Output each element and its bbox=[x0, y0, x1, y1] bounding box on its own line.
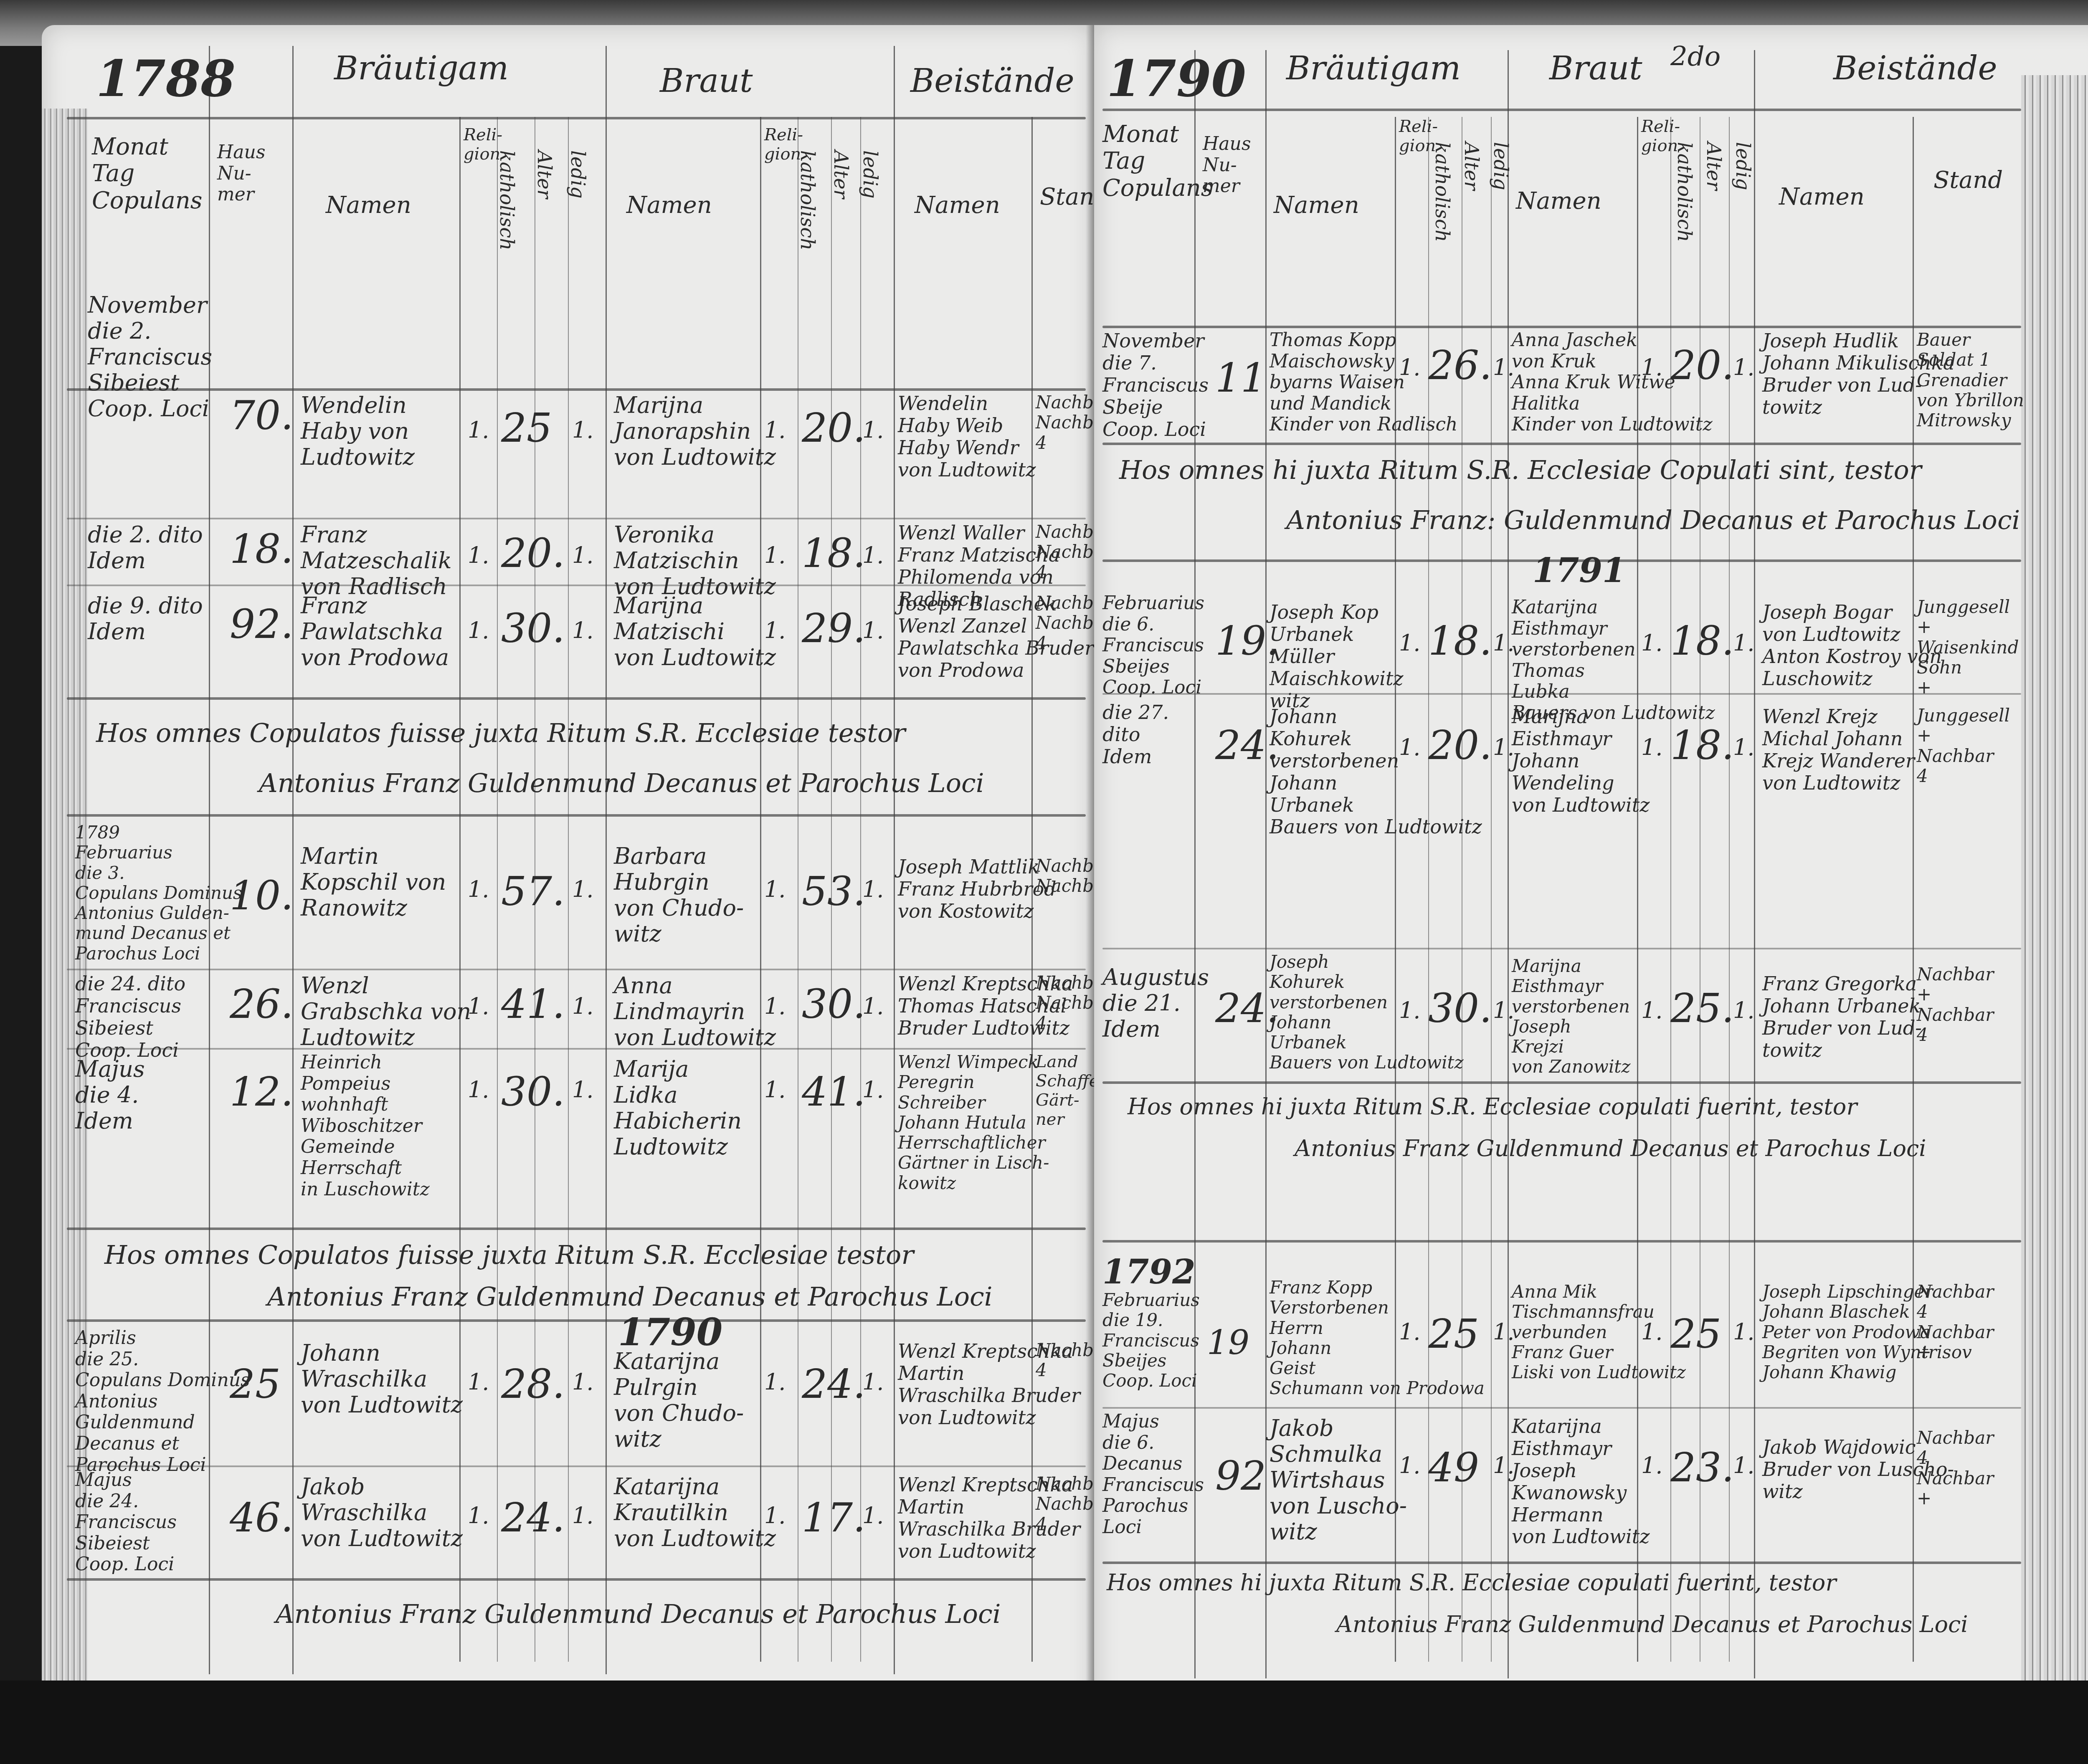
groom-name: Johann Wraschilka von Ludtowitz bbox=[301, 1340, 463, 1418]
bride-single: 1. bbox=[862, 994, 884, 1020]
column-rule bbox=[292, 46, 294, 1674]
entry-date: Majus die 4. Idem bbox=[75, 1056, 145, 1134]
groom-header: Bräutigam bbox=[334, 50, 509, 88]
bride-single: 1. bbox=[1733, 355, 1755, 381]
groom-single: 1. bbox=[572, 994, 594, 1020]
groom-age: 49 bbox=[1428, 1445, 1479, 1491]
bride-age: 30. bbox=[802, 981, 866, 1027]
groom-single: 1. bbox=[572, 618, 594, 644]
bride-age: 18. bbox=[802, 530, 866, 576]
column-rule bbox=[1754, 50, 1755, 1678]
entry-rule bbox=[67, 518, 1086, 519]
groom-age: 18. bbox=[1428, 618, 1492, 664]
entry-rule bbox=[67, 1319, 1086, 1322]
witness-names: Franz Gregorka Johann Urbanek Bruder von… bbox=[1762, 973, 1922, 1061]
date-priest-header: Monat Tag Copulans bbox=[1102, 121, 1213, 202]
priest-signature: Antonius Franz Guldenmund Decanus et Par… bbox=[276, 1599, 1001, 1629]
closing-attestation: Hos omnes Copulatos fuisse juxta Ritum S… bbox=[104, 1240, 914, 1270]
priest-signature: Antonius Franz: Guldenmund Decanus et Pa… bbox=[1286, 505, 2020, 535]
entry-date: die 24. dito Franciscus Sibeiest Coop. L… bbox=[75, 973, 185, 1061]
entry-date: Augustus die 21. Idem bbox=[1102, 964, 1209, 1042]
year-label: 1791 bbox=[1533, 551, 1626, 590]
bride-catholic: 1. bbox=[764, 1077, 786, 1103]
priest-signature: Antonius Franz Guldenmund Decanus et Par… bbox=[267, 1282, 993, 1311]
bride-single: 1. bbox=[862, 877, 884, 903]
groom-catholic: 1. bbox=[468, 1503, 489, 1529]
house-number-header: Haus Nu- mer bbox=[217, 142, 266, 205]
year-label: 1788 bbox=[96, 50, 236, 108]
bride-catholic: 1. bbox=[1641, 735, 1663, 761]
groom-single: 1. bbox=[572, 1503, 594, 1529]
entry-date: Majus die 24. Franciscus Sibeiest Coop. … bbox=[75, 1470, 177, 1575]
bride-name-header: Namen bbox=[1516, 188, 1601, 215]
witness-names: Wenzl Wimpeck Peregrin Schreiber Johann … bbox=[898, 1052, 1049, 1193]
entry-rule bbox=[67, 388, 1086, 391]
column-rule bbox=[760, 117, 761, 1662]
house-number: 19 bbox=[1207, 1324, 1249, 1362]
bride-catholic: 1. bbox=[764, 1369, 786, 1395]
groom-catholic: 1. bbox=[1399, 355, 1421, 381]
entry-date: November die 2. Franciscus Sibeiest Coop… bbox=[88, 292, 212, 422]
groom-age: 57. bbox=[501, 868, 565, 914]
bride-age: 23. bbox=[1670, 1445, 1734, 1491]
bride-name: Marijna Eisthmayr Johann Wendeling von L… bbox=[1512, 706, 1650, 816]
groom-age-header: Alter bbox=[533, 150, 555, 199]
bride-catholic: 1. bbox=[764, 877, 786, 903]
column-rule bbox=[894, 46, 895, 1674]
groom-catholic: 1. bbox=[468, 1077, 489, 1103]
bride-single: 1. bbox=[862, 1077, 884, 1103]
entry-date: Februarius die 19. Franciscus Sbeijes Co… bbox=[1102, 1290, 1200, 1391]
page-edges-right bbox=[2021, 75, 2088, 1737]
groom-catholic: 1. bbox=[468, 618, 489, 644]
groom-age: 30. bbox=[1428, 985, 1492, 1031]
groom-single: 1. bbox=[1493, 1319, 1515, 1345]
entry-date: Majus die 6. Decanus Franciscus Parochus… bbox=[1102, 1411, 1204, 1538]
groom-catholic: 1. bbox=[468, 994, 489, 1020]
column-rule bbox=[606, 46, 607, 1674]
entry-rule bbox=[67, 969, 1086, 970]
groom-catholic: 1. bbox=[1399, 1319, 1421, 1345]
entry-rule bbox=[1102, 326, 2021, 328]
bride-catholic: 1. bbox=[1641, 355, 1663, 381]
bride-age-header: Alter bbox=[830, 150, 852, 199]
bride-age-header: Alter bbox=[1703, 142, 1725, 190]
bride-name: Katarijna Krautilkin von Ludtowitz bbox=[614, 1474, 776, 1551]
groom-single: 1. bbox=[1493, 998, 1515, 1024]
entry-date: die 2. dito Idem bbox=[88, 522, 203, 574]
groom-single: 1. bbox=[572, 1077, 594, 1103]
header-rule bbox=[1102, 109, 2021, 111]
groom-single: 1. bbox=[572, 543, 594, 569]
bride-name: Katarijna Pulrgin von Chudo- witz bbox=[614, 1349, 744, 1452]
house-number: 25 bbox=[230, 1361, 281, 1407]
house-number: 12. bbox=[230, 1069, 294, 1115]
house-number: 92 bbox=[1215, 1453, 1266, 1499]
priest-signature: Antonius Franz Guldenmund Decanus et Par… bbox=[1336, 1612, 1968, 1637]
groom-age: 26. bbox=[1428, 342, 1492, 388]
bride-age: 29. bbox=[802, 605, 866, 651]
groom-age: 41. bbox=[501, 981, 565, 1027]
entry-date: 1789 Februarius die 3. Copulans Dominus … bbox=[75, 823, 242, 964]
witness-status: Junggesell + Nachbar 4 bbox=[1917, 706, 2010, 786]
groom-single: 1. bbox=[1493, 630, 1515, 656]
closing-attestation: Hos omnes hi juxta Ritum S.R. Ecclesiae … bbox=[1119, 455, 1921, 485]
groom-single: 1. bbox=[572, 877, 594, 903]
date-priest-header: Monat Tag Copulans bbox=[92, 134, 203, 214]
groom-single: 1. bbox=[1493, 355, 1515, 381]
year-label: 1790 bbox=[1107, 50, 1246, 108]
witness-status: Bauer Soldat 1 Grenadier von Ybrillon Mi… bbox=[1917, 330, 2024, 430]
bride-name: Anna Lindmayrin von Ludtowitz bbox=[614, 973, 776, 1050]
house-number: 10. bbox=[230, 873, 294, 919]
bride-age: 41. bbox=[802, 1069, 866, 1115]
entry-rule bbox=[1102, 1081, 2021, 1084]
bride-name: Katarijna Eisthmayr Joseph Kwanowsky Her… bbox=[1512, 1415, 1650, 1548]
bride-catholic: 1. bbox=[764, 618, 786, 644]
witness-names: Wenzl Krejz Michal Johann Krejz Wanderer… bbox=[1762, 706, 1915, 794]
column-rule bbox=[568, 117, 569, 1662]
bride-extra-header: 2do bbox=[1670, 42, 1721, 73]
entry-rule bbox=[1102, 1407, 2021, 1409]
entry-date: die 9. dito Idem bbox=[88, 593, 203, 645]
bride-name: Marijna Matzischi von Ludtowitz bbox=[614, 593, 776, 671]
closing-attestation: Hos omnes hi juxta Ritum S.R. Ecclesiae … bbox=[1107, 1570, 1836, 1596]
bride-single: 1. bbox=[1733, 1319, 1755, 1345]
bride-catholic: 1. bbox=[1641, 630, 1663, 656]
book-shadow-bottom bbox=[0, 1680, 2088, 1764]
bride-single-header: ledig bbox=[1732, 142, 1754, 190]
groom-name: Franz Pawlatschka von Prodowa bbox=[301, 593, 449, 671]
house-number: 70. bbox=[230, 392, 294, 438]
bride-catholic: 1. bbox=[764, 543, 786, 569]
groom-name: Wendelin Haby von Ludtowitz bbox=[301, 392, 415, 470]
house-number: 11 bbox=[1215, 355, 1266, 401]
witness-status: Junggesell + Waisenkind Sohn + bbox=[1917, 597, 2019, 698]
bride-name-header: Namen bbox=[626, 192, 712, 219]
groom-catholic: 1. bbox=[468, 543, 489, 569]
groom-age: 25 bbox=[501, 405, 552, 451]
groom-cath-header: katholisch bbox=[1431, 142, 1453, 242]
witnesses-header: Beistände bbox=[910, 63, 1074, 100]
groom-name-header: Namen bbox=[326, 192, 411, 219]
witness-status: Nachbar 4 Nachbar + bbox=[1917, 1428, 1994, 1508]
column-rule bbox=[497, 117, 498, 1662]
witness-status-header: Stand bbox=[1933, 167, 2003, 194]
closing-attestation: Hos omnes hi juxta Ritum S.R. Ecclesiae … bbox=[1128, 1094, 1857, 1120]
bride-name: Marijna Janorapshin von Ludtowitz bbox=[614, 392, 776, 470]
bride-age: 25. bbox=[1670, 985, 1734, 1031]
bride-age: 18. bbox=[1670, 618, 1734, 664]
column-rule bbox=[1265, 50, 1267, 1678]
bride-catholic: 1. bbox=[1641, 1319, 1663, 1345]
groom-age: 25 bbox=[1428, 1311, 1479, 1357]
closing-attestation: Hos omnes Copulatos fuisse juxta Ritum S… bbox=[96, 718, 905, 748]
entry-date: November die 7. Franciscus Sbeije Coop. … bbox=[1102, 330, 1209, 440]
bride-single: 1. bbox=[1733, 1453, 1755, 1479]
witness-names: Wendelin Haby Weib Haby Wendr von Ludtow… bbox=[898, 392, 1036, 481]
bride-catholic: 1. bbox=[1641, 998, 1663, 1024]
bride-single: 1. bbox=[862, 418, 884, 443]
witness-status: Nachbar + Nachbar 4 bbox=[1917, 964, 1994, 1045]
bride-cath-header: katholisch bbox=[1673, 142, 1695, 242]
entry-rule bbox=[67, 814, 1086, 817]
groom-name: Franz Matzeschalik von Radlisch bbox=[301, 522, 452, 600]
house-number: 92. bbox=[230, 601, 294, 647]
bride-single: 1. bbox=[1733, 998, 1755, 1024]
bride-header: Braut bbox=[660, 63, 753, 100]
groom-age-header: Alter bbox=[1460, 142, 1482, 190]
house-number: 18. bbox=[230, 526, 294, 572]
groom-catholic: 1. bbox=[468, 877, 489, 903]
bride-age: 18. bbox=[1670, 722, 1734, 768]
witness-status: Nachbar 4 Nachbar + bbox=[1917, 1282, 1994, 1362]
groom-single: 1. bbox=[1493, 1453, 1515, 1479]
entry-rule bbox=[67, 1048, 1086, 1050]
bride-catholic: 1. bbox=[764, 994, 786, 1020]
column-rule bbox=[798, 117, 798, 1662]
bride-name: Veronika Matzischin von Ludtowitz bbox=[614, 522, 776, 600]
groom-catholic: 1. bbox=[468, 1369, 489, 1395]
entry-rule bbox=[67, 697, 1086, 700]
left-page: 1788 Bräutigam Braut Beistände Monat Tag… bbox=[42, 25, 1094, 1716]
bride-name: Marija Lidka Habicherin Ludtowitz bbox=[614, 1056, 742, 1160]
bride-age: 20. bbox=[1670, 342, 1734, 388]
groom-single-header: ledig bbox=[567, 150, 589, 199]
groom-single: 1. bbox=[572, 418, 594, 443]
bride-age: 24. bbox=[802, 1361, 866, 1407]
witness-names: Joseph Bogar von Ludtowitz Anton Kostroy… bbox=[1762, 601, 1942, 690]
groom-catholic: 1. bbox=[468, 418, 489, 443]
groom-header: Bräutigam bbox=[1286, 50, 1461, 88]
priest-signature: Antonius Franz Guldenmund Decanus et Par… bbox=[1295, 1136, 1926, 1162]
right-page: 1790 Bräutigam Braut 2do Beistände Monat… bbox=[1094, 25, 2088, 1720]
groom-catholic: 1. bbox=[1399, 998, 1421, 1024]
entry-rule bbox=[1102, 1240, 2021, 1243]
bride-cath-header: katholisch bbox=[796, 150, 818, 251]
header-rule bbox=[67, 117, 1086, 119]
groom-single: 1. bbox=[1493, 735, 1515, 761]
witness-names: Joseph Mattlik Franz Hubrbrod von Kostow… bbox=[898, 856, 1057, 922]
groom-age: 28. bbox=[501, 1361, 565, 1407]
bride-name: Marijna Eisthmayr verstorbenen Joseph Kr… bbox=[1512, 956, 1630, 1077]
witness-name-header: Namen bbox=[1779, 184, 1865, 210]
column-rule bbox=[1508, 50, 1509, 1678]
bride-age: 25 bbox=[1670, 1311, 1721, 1357]
entry-date: Aprilis die 25. Copulans Dominus Antoniu… bbox=[75, 1328, 250, 1475]
bride-age: 53. bbox=[802, 868, 866, 914]
bride-single: 1. bbox=[862, 618, 884, 644]
groom-cath-header: katholisch bbox=[496, 150, 518, 251]
witnesses-header: Beistände bbox=[1833, 50, 1997, 88]
groom-name: Martin Kopschil von Ranowitz bbox=[301, 843, 446, 921]
groom-name: Joseph Kop Urbanek Müller Maischkowitz w… bbox=[1270, 601, 1404, 711]
groom-name: Wenzl Grabschka von Ludtowitz bbox=[301, 973, 471, 1050]
entry-rule bbox=[1102, 1562, 2021, 1564]
bride-single: 1. bbox=[862, 543, 884, 569]
house-number: 46. bbox=[230, 1495, 294, 1541]
bride-catholic: 1. bbox=[764, 418, 786, 443]
bride-single: 1. bbox=[1733, 735, 1755, 761]
groom-single: 1. bbox=[572, 1369, 594, 1395]
entry-date: Februarius die 6. Franciscus Sbeijes Coo… bbox=[1102, 593, 1204, 699]
bride-age: 17. bbox=[802, 1495, 866, 1541]
groom-name: Jakob Wraschilka von Ludtowitz bbox=[301, 1474, 463, 1551]
bride-header: Braut bbox=[1549, 50, 1642, 88]
groom-name-header: Namen bbox=[1274, 192, 1359, 219]
bride-single: 1. bbox=[862, 1503, 884, 1529]
house-number-header: Haus Nu- mer bbox=[1203, 134, 1251, 197]
entry-rule bbox=[67, 1578, 1086, 1581]
groom-catholic: 1. bbox=[1399, 1453, 1421, 1479]
groom-catholic: 1. bbox=[1399, 735, 1421, 761]
groom-age: 30. bbox=[501, 1069, 565, 1115]
bride-single: 1. bbox=[1733, 630, 1755, 656]
groom-name: Jakob Schmulka Wirtshaus von Luscho- wit… bbox=[1270, 1415, 1407, 1545]
year-label: 1790 bbox=[618, 1311, 723, 1354]
bride-single-header: ledig bbox=[859, 150, 881, 199]
groom-age: 20. bbox=[501, 530, 565, 576]
bride-catholic: 1. bbox=[1641, 1453, 1663, 1479]
bride-single: 1. bbox=[862, 1369, 884, 1395]
column-rule bbox=[459, 117, 461, 1662]
groom-age: 30. bbox=[501, 605, 565, 651]
entry-rule bbox=[1102, 443, 2021, 445]
house-number: 26. bbox=[230, 981, 294, 1027]
groom-age: 20. bbox=[1428, 722, 1492, 768]
groom-age: 24. bbox=[501, 1495, 565, 1541]
bride-name: Barbara Hubrgin von Chudo- witz bbox=[614, 843, 744, 947]
bride-catholic: 1. bbox=[764, 1503, 786, 1529]
groom-single-header: ledig bbox=[1490, 142, 1512, 190]
entry-rule bbox=[1102, 948, 2021, 949]
bride-age: 20. bbox=[802, 405, 866, 451]
year-label: 1792 bbox=[1102, 1253, 1196, 1291]
entry-rule bbox=[67, 1227, 1086, 1230]
groom-name: Heinrich Pompeius wohnhaft Wiboschitzer … bbox=[301, 1052, 430, 1200]
witness-name-header: Namen bbox=[915, 192, 1000, 219]
groom-catholic: 1. bbox=[1399, 630, 1421, 656]
priest-signature: Antonius Franz Guldenmund Decanus et Par… bbox=[259, 768, 984, 798]
entry-date: die 27. dito Idem bbox=[1102, 701, 1169, 768]
